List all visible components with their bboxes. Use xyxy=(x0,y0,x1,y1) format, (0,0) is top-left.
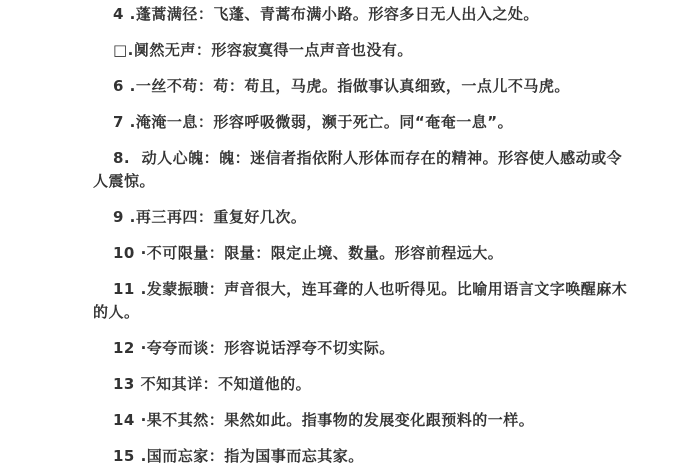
document-page: 4 .蓬蒿满径：飞蓬、青蒿布满小路。形容多日无人出入之处。 □.阒然无声：形容寂… xyxy=(0,0,700,470)
definition-item: 8. 动人心魄：魄：迷信者指依附人形体而存在的精神。形容使人感动或令人震惊。 xyxy=(93,147,630,193)
definition-item: □.阒然无声：形容寂寞得一点声音也没有。 xyxy=(93,39,630,62)
definition-item: 4 .蓬蒿满径：飞蓬、青蒿布满小路。形容多日无人出入之处。 xyxy=(93,3,630,26)
definition-item: 7 .淹淹一息：形容呼吸微弱，濒于死亡。同“奄奄一息”。 xyxy=(93,111,630,134)
definition-item: 13 不知其详：不知道他的。 xyxy=(93,373,630,396)
definition-item: 14 ·果不其然：果然如此。指事物的发展变化跟预料的一样。 xyxy=(93,409,630,432)
definition-item: 15 .国而忘家：指为国事而忘其家。 xyxy=(93,445,630,468)
definition-item: 12 ·夸夸而谈：形容说话浮夸不切实际。 xyxy=(93,337,630,360)
definition-item: 6 .一丝不苟：苟：苟且，马虎。指做事认真细致，一点儿不马虎。 xyxy=(93,75,630,98)
definition-item: 11 .发蒙振聩：声音很大，连耳聋的人也听得见。比喻用语言文字唤醒麻木的人。 xyxy=(93,278,630,324)
definition-item: 10 ·不可限量：限量：限定止境、数量。形容前程远大。 xyxy=(93,242,630,265)
definition-item: 9 .再三再四：重复好几次。 xyxy=(93,206,630,229)
definition-list: 4 .蓬蒿满径：飞蓬、青蒿布满小路。形容多日无人出入之处。 □.阒然无声：形容寂… xyxy=(0,0,700,468)
